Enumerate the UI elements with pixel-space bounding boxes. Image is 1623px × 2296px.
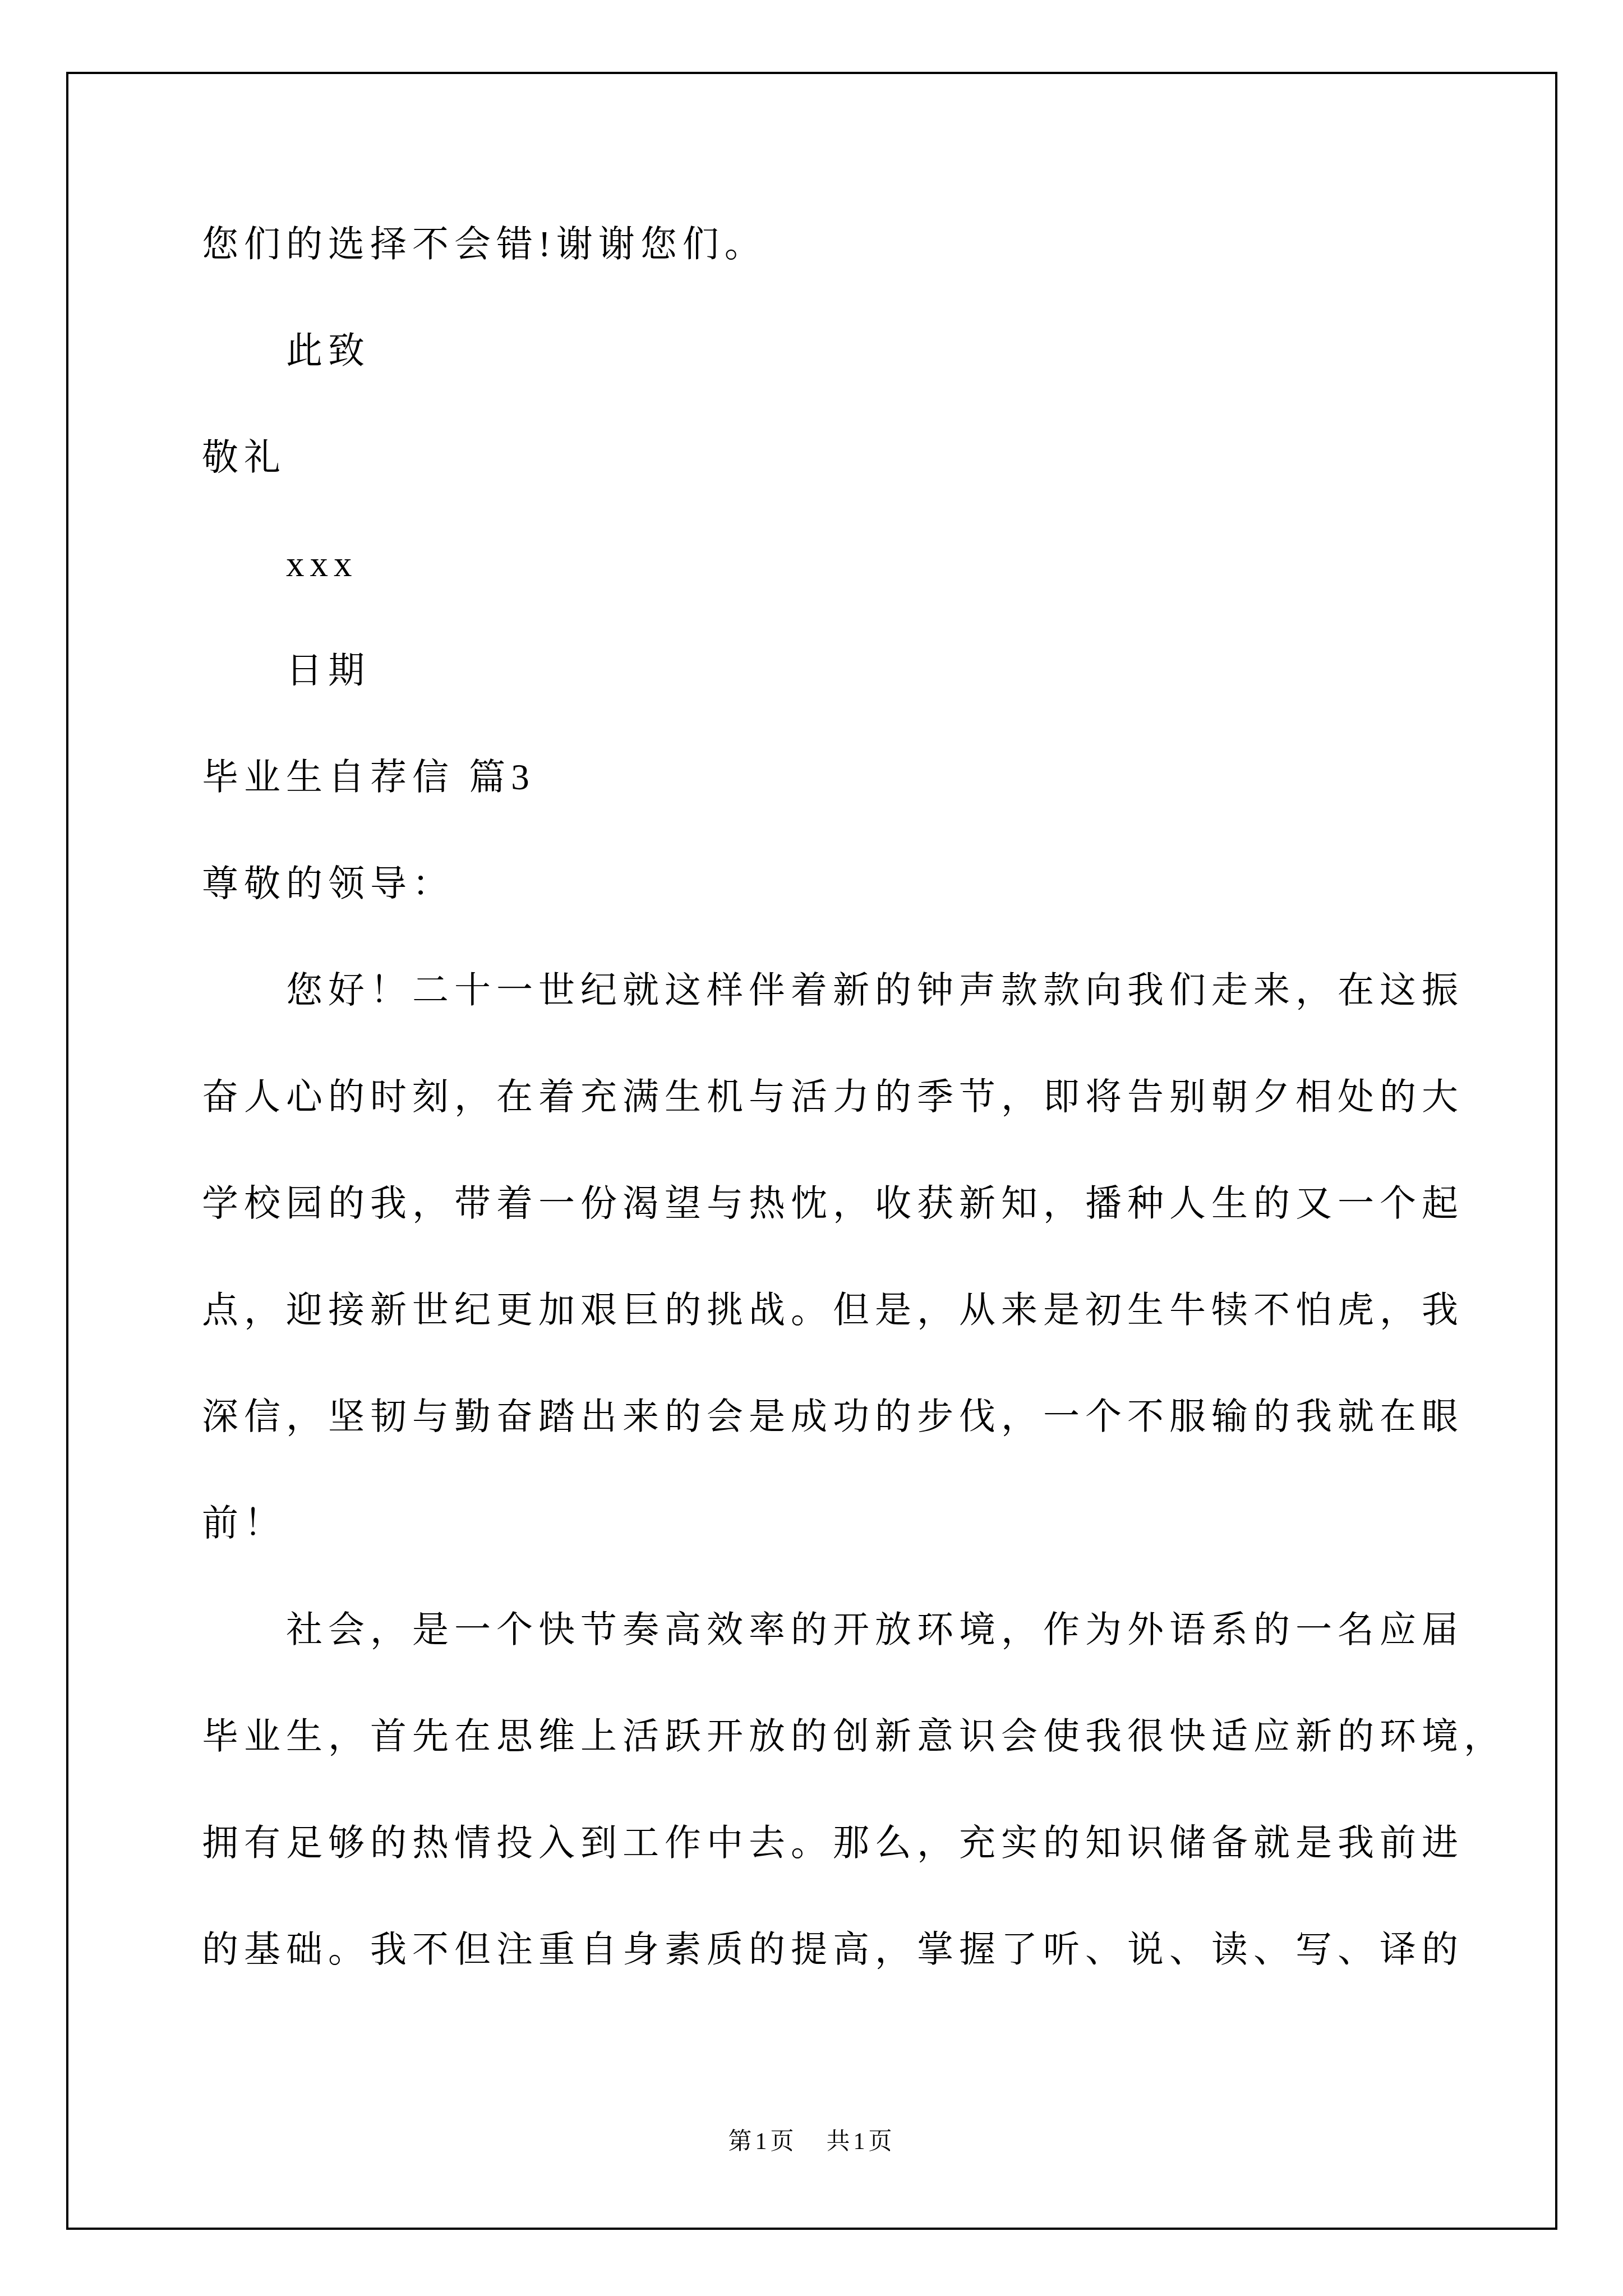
text-line-signature: xxx [202,511,1453,618]
document-page: { "colors": { "background": "#ffffff", "… [0,0,1623,2296]
text-line: 前！ [202,1470,1453,1577]
text-line: 奋人心的时刻，在着充满生机与活力的季节，即将告别朝夕相处的大 [202,1044,1453,1151]
text-line: 拥有足够的热情投入到工作中去。那么，充实的知识储备就是我前进 [202,1790,1453,1897]
text-line: 深信，坚韧与勤奋踏出来的会是成功的步伐，一个不服输的我就在眼 [202,1364,1453,1470]
text-line: 社会，是一个快节奏高效率的开放环境，作为外语系的一名应届 [202,1577,1453,1683]
salutation: 尊敬的领导： [202,831,1453,937]
page-count: 共1页 [827,2129,896,2155]
letter-body: 您们的选择不会错!谢谢您们。 此致 敬礼 xxx 日期 毕业生自荐信 篇3 尊敬… [202,191,1453,2003]
text-line-jingli: 敬礼 [202,404,1453,511]
section-heading: 毕业生自荐信 篇3 [202,724,1453,831]
text-line: 的基础。我不但注重自身素质的提高，掌握了听、说、读、写、译的 [202,1897,1453,2003]
text-line: 您好！二十一世纪就这样伴着新的钟声款款向我们走来，在这振 [202,937,1453,1044]
page-footer: 第1页共1页 [66,2126,1557,2157]
text-line-date: 日期 [202,618,1453,724]
text-line: 点，迎接新世纪更加艰巨的挑战。但是，从来是初生牛犊不怕虎，我 [202,1257,1453,1364]
text-line: 毕业生，首先在思维上活跃开放的创新意识会使我很快适应新的环境， [202,1683,1453,1790]
text-line: 学校园的我，带着一份渴望与热忱，收获新知，播种人生的又一个起 [202,1151,1453,1257]
text-line: 您们的选择不会错!谢谢您们。 [202,191,1453,298]
page-number: 第1页 [728,2129,797,2155]
text-line-cizhi: 此致 [202,298,1453,404]
